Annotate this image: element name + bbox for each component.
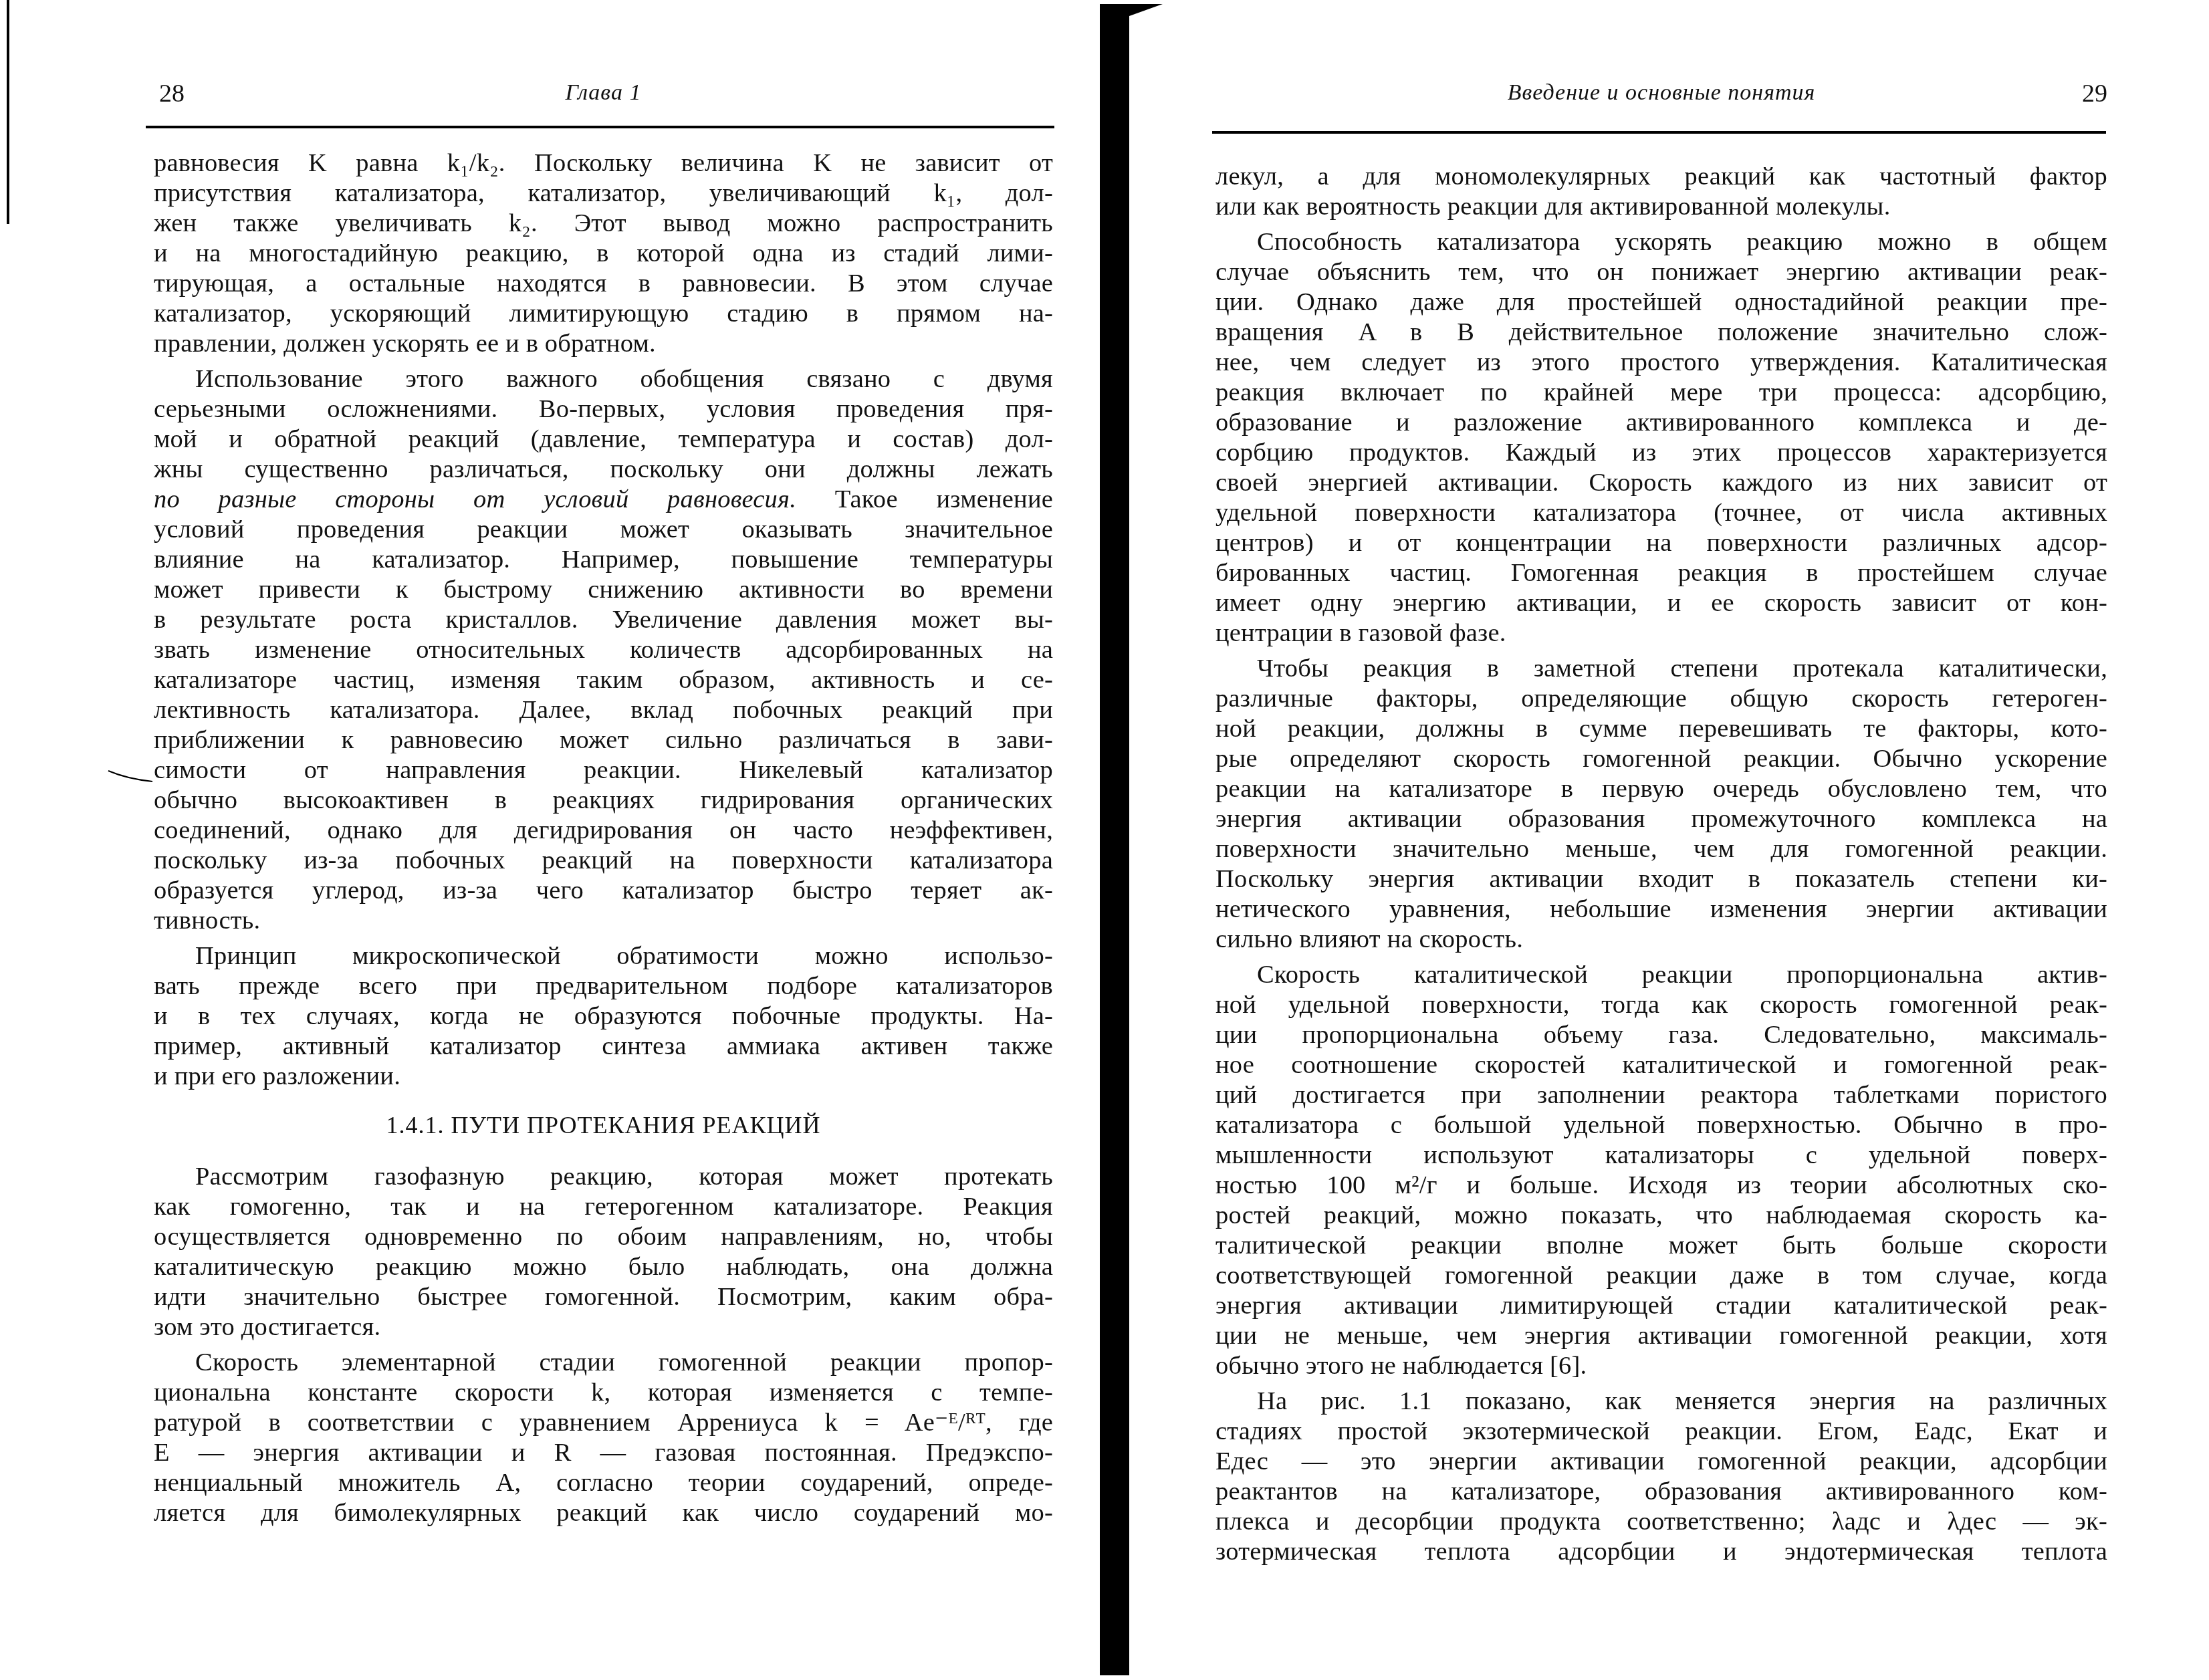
text-line: как гомогенно, так и на гетерогенном кат… <box>154 1192 1053 1222</box>
text-line: Способность катализатора ускорять реакци… <box>1215 227 2107 257</box>
right-page: Введение и основные понятия 29 лекул, а … <box>1215 0 2107 1680</box>
text-line: ции не меньше, чем энергия активации гом… <box>1215 1321 2107 1351</box>
text-line: лективность катализатора. Далее, вклад п… <box>154 695 1053 725</box>
text-line: E — энергия активации и R — газовая пост… <box>154 1438 1053 1468</box>
text-line: жны существенно различаться, поскольку о… <box>154 455 1053 485</box>
text-line: энергия активации образования промежуточ… <box>1215 804 2107 834</box>
text-line: или как вероятность реакции для активиро… <box>1215 192 2107 222</box>
text-line: влияние на катализатор. Например, повыше… <box>154 545 1053 575</box>
paragraph-gap <box>154 936 1053 941</box>
text-line: тирующая, а остальные находятся в равнов… <box>154 269 1053 299</box>
text-line: обычно этого не наблюдается [6]. <box>1215 1351 2107 1381</box>
text-line: энергия активации лимитирующей стадии ка… <box>1215 1291 2107 1321</box>
text-line: Поскольку энергия активации входит в пок… <box>1215 864 2107 894</box>
text-line: зом это достигается. <box>154 1312 1053 1342</box>
text-line: может привести к быстрому снижению актив… <box>154 575 1053 605</box>
text-line: Использование этого важного обобщения св… <box>154 364 1053 394</box>
left-page-body: равновесия K равна k₁/k₂. Поскольку вели… <box>154 148 1053 1528</box>
paragraph-gap <box>154 1342 1053 1348</box>
chapter-title: Глава 1 <box>154 80 1053 106</box>
text-line: ненциальный множитель A, согласно теории… <box>154 1468 1053 1498</box>
text-line: серьезными осложнениями. Во-первых, усло… <box>154 394 1053 425</box>
text-line: и на многостадийную реакцию, в которой о… <box>154 239 1053 269</box>
text-line: ной удельной поверхности, тогда как скор… <box>1215 990 2107 1020</box>
text-line: условий проведения реакции может оказыва… <box>154 515 1053 545</box>
text-line: катализаторе частиц, изменяя таким образ… <box>154 665 1053 695</box>
text-line: сорбцию продуктов. Каждый из этих процес… <box>1215 438 2107 468</box>
text-line: ростей реакций, можно показать, что набл… <box>1215 1201 2107 1231</box>
text-line: ностью 100 м²/г и больше. Исходя из теор… <box>1215 1171 2107 1201</box>
text-line: приближении к равновесию может сильно ра… <box>154 725 1053 755</box>
text-line: поверхности значительно меньше, чем для … <box>1215 834 2107 864</box>
text-line: ций достигается при заполнении реактора … <box>1215 1080 2107 1110</box>
text-line: нее, чем следует из этого простого утвер… <box>1215 348 2107 378</box>
section-heading: 1.4.1. ПУТИ ПРОТЕКАНИЯ РЕАКЦИЙ <box>154 1092 1053 1162</box>
text-line: стадиях простой экзотермической реакции.… <box>1215 1417 2107 1447</box>
text-line: ной реакции, должны в сумме перевешивать… <box>1215 714 2107 744</box>
section-title: Введение и основные понятия <box>1215 80 2107 106</box>
text-line: циональна константе скорости k, которая … <box>154 1378 1053 1408</box>
text-line: имеет одну энергию активации, и ее скоро… <box>1215 588 2107 618</box>
text-line: реактантов на катализаторе, образования … <box>1215 1477 2107 1507</box>
text-line: мышленности используют катализаторы с уд… <box>1215 1141 2107 1171</box>
text-line: различные факторы, определяющие общую ск… <box>1215 684 2107 714</box>
text-line: правлении, должен ускорять ее и в обратн… <box>154 329 1053 359</box>
paragraph-gap <box>1215 648 2107 654</box>
text-line: бированных частиц. Гомогенная реакция в … <box>1215 558 2107 588</box>
text-line: ное соотношение скоростей каталитической… <box>1215 1050 2107 1080</box>
margin-pencil-mark <box>107 769 154 783</box>
text-line: Скорость каталитической реакции пропорци… <box>1215 960 2107 990</box>
text-line: рые определяют скорость гомогенной реакц… <box>1215 744 2107 774</box>
text-line: идти значительно быстрее гомогенной. Пос… <box>154 1282 1053 1312</box>
text-line: Рассмотрим газофазную реакцию, которая м… <box>154 1162 1053 1192</box>
page-number: 29 <box>2082 79 2107 108</box>
text-line: каталитическую реакцию можно было наблюд… <box>154 1252 1053 1282</box>
text-line: сильно влияют на скорость. <box>1215 925 2107 955</box>
text-line: тивность. <box>154 906 1053 936</box>
text-line: На рис. 1.1 показано, как меняется энерг… <box>1215 1387 2107 1417</box>
text-line: ляется для бимолекулярных реакций как чи… <box>154 1498 1053 1528</box>
text-line: мой и обратной реакций (давление, темпер… <box>154 425 1053 455</box>
text-line: равновесия K равна k₁/k₂. Поскольку вели… <box>154 148 1053 178</box>
text-line: Принцип микроскопической обратимости мож… <box>154 941 1053 971</box>
text-line: реакции на катализаторе в первую очередь… <box>1215 774 2107 804</box>
text-line: катализатора с большой удельной поверхно… <box>1215 1110 2107 1141</box>
book-spine-gutter <box>1100 4 1129 1675</box>
text-line: Чтобы реакция в заметной степени протека… <box>1215 654 2107 684</box>
paragraph-gap <box>154 359 1053 364</box>
text-line: симости от направления реакции. Никелевы… <box>154 755 1053 786</box>
text-line: талитической реакции вполне может быть б… <box>1215 1231 2107 1261</box>
text-line: жен также увеличивать k₂. Этот вывод мож… <box>154 209 1053 239</box>
text-line: поскольку из-за побочных реакций на пове… <box>154 846 1053 876</box>
text-line: реакция включает по крайней мере три про… <box>1215 378 2107 408</box>
text-line: плекса и десорбции продукта соответствен… <box>1215 1507 2107 1537</box>
text-line: ции пропорциональна объему газа. Следова… <box>1215 1020 2107 1050</box>
text-line: Скорость элементарной стадии гомогенной … <box>154 1348 1053 1378</box>
text-line: вать прежде всего при предварительном по… <box>154 971 1053 1001</box>
book-spine-gutter-top <box>1129 4 1163 16</box>
paragraph-gap <box>1215 222 2107 227</box>
paragraph-gap <box>1215 1381 2107 1387</box>
text-line: звать изменение относительных количеств … <box>154 635 1053 665</box>
text-line: по разные стороны от условий равновесия.… <box>154 485 1053 515</box>
text-line: ции. Однако даже для простейшей одностад… <box>1215 287 2107 318</box>
text-line: обычно высокоактивен в реакциях гидриров… <box>154 786 1053 816</box>
left-running-head: 28 Глава 1 <box>154 79 1053 112</box>
text-line: Eдес — это энергии активации гомогенной … <box>1215 1447 2107 1477</box>
text-line: удельной поверхности катализатора (точне… <box>1215 498 2107 528</box>
page-edge-line <box>7 0 9 224</box>
text-line: присутствия катализатора, катализатор, у… <box>154 178 1053 209</box>
header-rule <box>146 126 1054 128</box>
right-page-body: лекул, а для мономолекулярных реакций ка… <box>1215 162 2107 1567</box>
text-line: образование и разложение активированного… <box>1215 408 2107 438</box>
text-line: центров) и от концентрации на поверхност… <box>1215 528 2107 558</box>
text-line: вращения A в B действительное положение … <box>1215 318 2107 348</box>
paragraph-gap <box>1215 955 2107 960</box>
text-line: образуется углерод, из-за чего катализат… <box>154 876 1053 906</box>
text-line: в результате роста кристаллов. Увеличени… <box>154 605 1053 635</box>
text-line: и в тех случаях, когда не образуются поб… <box>154 1001 1053 1032</box>
text-line: соответствующей гомогенной реакции даже … <box>1215 1261 2107 1291</box>
text-line: осуществляется одновременно по обоим нап… <box>154 1222 1053 1252</box>
text-line: и при его разложении. <box>154 1062 1053 1092</box>
text-line: нетического уравнения, небольшие изменен… <box>1215 894 2107 925</box>
text-line: лекул, а для мономолекулярных реакций ка… <box>1215 162 2107 192</box>
text-line: центрации в газовой фазе. <box>1215 618 2107 648</box>
text-line: своей энергией активации. Скорость каждо… <box>1215 468 2107 498</box>
header-rule <box>1212 131 2106 134</box>
text-line: ратурой в соответствии с уравнением Арре… <box>154 1408 1053 1438</box>
text-line: случае объяснить тем, что он понижает эн… <box>1215 257 2107 287</box>
text-line: соединений, однако для дегидрирования он… <box>154 816 1053 846</box>
left-page: 28 Глава 1 равновесия K равна k₁/k₂. Пос… <box>154 0 1053 1680</box>
text-line: пример, активный катализатор синтеза амм… <box>154 1032 1053 1062</box>
book-spread: 28 Глава 1 равновесия K равна k₁/k₂. Пос… <box>0 0 2209 1680</box>
text-line: зотермическая теплота адсорбции и эндоте… <box>1215 1537 2107 1567</box>
text-line: катализатор, ускоряющий лимитирующую ста… <box>154 299 1053 329</box>
right-running-head: Введение и основные понятия 29 <box>1215 79 2107 112</box>
